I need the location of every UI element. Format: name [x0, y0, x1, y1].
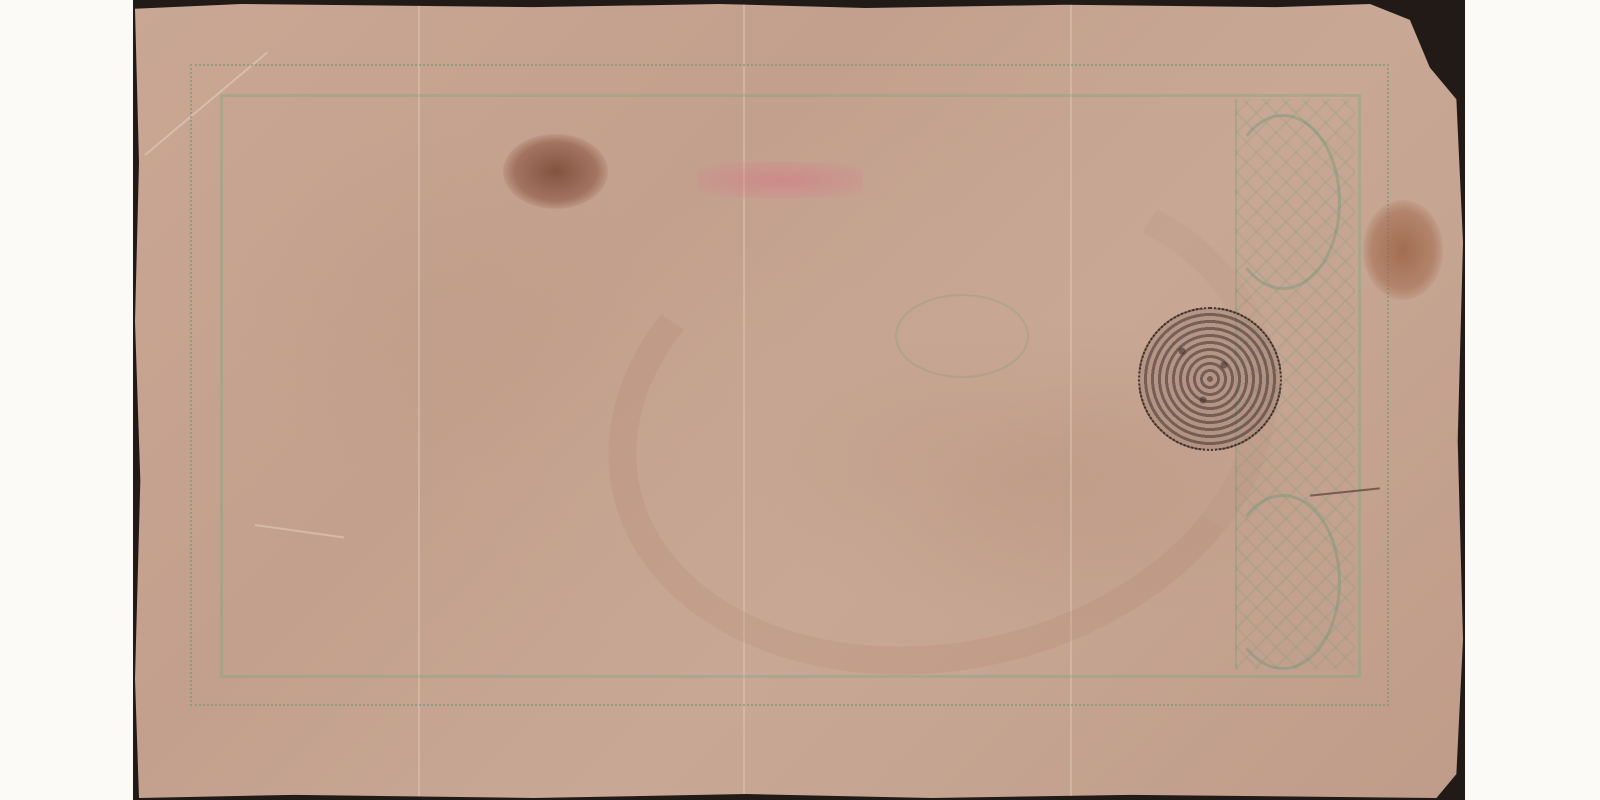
black-seal-stamp: round black ink seal with ornate script,…	[1138, 307, 1282, 451]
ornament-scroll-bottom	[1225, 494, 1341, 670]
photo-frame: round black ink seal with ornate script,…	[133, 0, 1465, 800]
image-canvas: round black ink seal with ornate script,…	[0, 0, 1600, 800]
banknote: round black ink seal with ornate script,…	[135, 4, 1463, 798]
brown-stain	[503, 134, 608, 209]
red-overprint-stamp	[698, 162, 863, 198]
brown-stain-edge	[1363, 200, 1443, 300]
seal-inscription: round black ink seal with ornate script,…	[1140, 309, 1280, 449]
ornament-scroll-top	[1225, 114, 1341, 290]
